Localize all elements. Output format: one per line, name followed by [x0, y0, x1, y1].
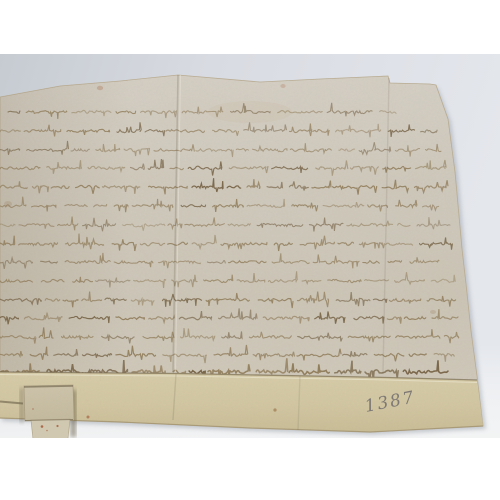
plica-brown-speck — [273, 408, 276, 411]
manuscript-photo-svg: 1387 — [0, 54, 500, 438]
auction-photo-listing: 1387 — [0, 0, 500, 500]
plica-red-speck — [87, 416, 90, 419]
seal-tag-left-shadow — [20, 388, 25, 422]
manuscript-photo: 1387 — [0, 54, 500, 438]
seal-tag-top-fold — [24, 386, 73, 387]
